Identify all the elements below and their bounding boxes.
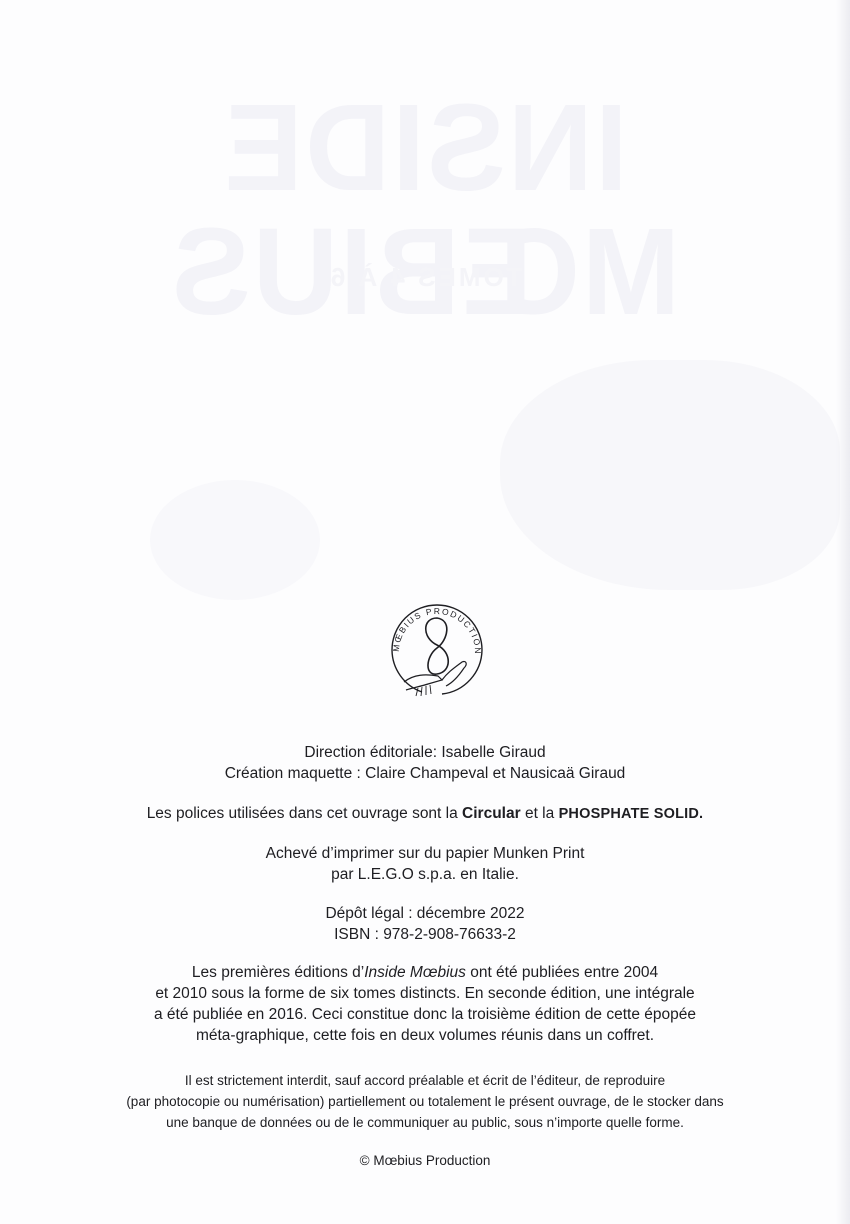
font-circular: Circular <box>462 805 521 822</box>
history-line-3: a été publiée en 2016. Ceci constitue do… <box>0 1004 850 1025</box>
rights-notice: Il est strictement interdit, sauf accord… <box>0 1070 850 1133</box>
fonts-notice: Les polices utilisées dans cet ouvrage s… <box>0 803 850 825</box>
show-through-subtitle: TOMES 4 À 6 <box>300 262 550 293</box>
show-through-illustration-small <box>150 480 320 600</box>
edition-history: Les premières éditions d’Inside Mœbius o… <box>0 962 850 1046</box>
history-line-1-suffix: ont été publiées entre 2004 <box>466 964 658 981</box>
fonts-prefix: Les polices utilisées dans cet ouvrage s… <box>147 805 462 822</box>
rights-line-1: Il est strictement interdit, sauf accord… <box>0 1070 850 1091</box>
moebius-production-logo-icon: MŒBIUS PRODUCTION <box>382 590 492 702</box>
depot-legal: Dépôt légal : décembre 2022 <box>0 903 850 924</box>
printing-info: Achevé d’imprimer sur du papier Munken P… <box>0 843 850 885</box>
legal-deposit: Dépôt légal : décembre 2022 ISBN : 978-2… <box>0 903 850 945</box>
printing-line-1: Achevé d’imprimer sur du papier Munken P… <box>0 843 850 864</box>
history-line-2: et 2010 sous la forme de six tomes disti… <box>0 983 850 1004</box>
rights-line-2: (par photocopie ou numérisation) partiel… <box>0 1091 850 1112</box>
printing-line-2: par L.E.G.O s.p.a. en Italie. <box>0 864 850 885</box>
history-line-1-prefix: Les premières éditions d’ <box>192 964 364 981</box>
editorial-direction: Direction éditoriale: Isabelle Giraud <box>0 742 850 763</box>
show-through-illustration <box>500 360 840 590</box>
layout-creation: Création maquette : Claire Champeval et … <box>0 763 850 784</box>
isbn: ISBN : 978-2-908-76633-2 <box>0 924 850 945</box>
rights-line-3: une banque de données ou de le communiqu… <box>0 1112 850 1133</box>
book-title: Inside Mœbius <box>364 964 466 981</box>
editorial-credits: Direction éditoriale: Isabelle Giraud Cr… <box>0 742 850 784</box>
font-phosphate: PHOSPHATE SOLID. <box>559 806 704 822</box>
history-line-4: méta-graphique, cette fois en deux volum… <box>0 1025 850 1046</box>
fonts-middle: et la <box>521 805 559 822</box>
show-through-title: INSIDE MŒBIUS <box>70 86 780 334</box>
copyright: © Mœbius Production <box>0 1150 850 1171</box>
